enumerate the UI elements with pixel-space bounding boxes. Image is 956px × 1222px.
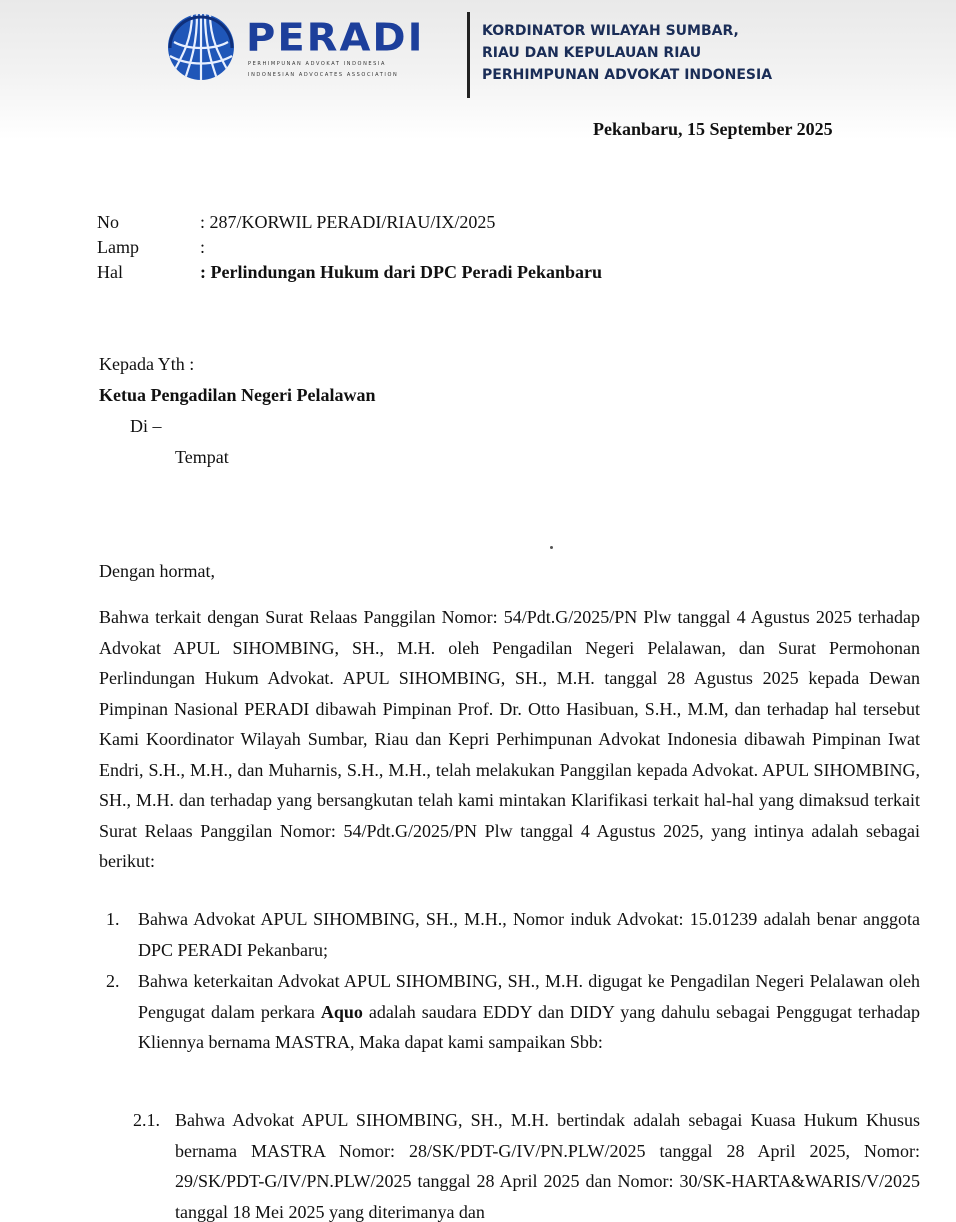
- recipient-block: Kepada Yth : Ketua Pengadilan Negeri Pel…: [99, 349, 375, 473]
- meta-attachment-value: :: [200, 235, 205, 260]
- peradi-emblem-icon: [166, 12, 236, 82]
- points-list: 1. Bahwa Advokat APUL SIHOMBING, SH., M.…: [106, 904, 920, 1058]
- letterhead-divider: [467, 12, 470, 98]
- list-item-text: Bahwa keterkaitan Advokat APUL SIHOMBING…: [138, 966, 920, 1058]
- meta-number-label: No: [97, 210, 200, 235]
- letter-date: Pekanbaru, 15 September 2025: [593, 119, 833, 140]
- list-item-number: 2.: [106, 966, 138, 1058]
- case-term-bold: Aquo: [321, 1002, 363, 1022]
- logo-subtitle-id: PERHIMPUNAN ADVOKAT INDONESIA: [248, 61, 386, 67]
- recipient-di: Di –: [99, 411, 375, 442]
- meta-number: No : 287/KORWIL PERADI/RIAU/IX/2025: [97, 210, 602, 235]
- letterhead: PERADI PERHIMPUNAN ADVOKAT INDONESIA IND…: [166, 12, 806, 102]
- salutation: Dengan hormat,: [99, 561, 215, 582]
- sub-list-item-text: Bahwa Advokat APUL SIHOMBING, SH., M.H. …: [175, 1105, 920, 1222]
- sub-list-item-number: 2.1.: [133, 1105, 175, 1222]
- list-item-text: Bahwa Advokat APUL SIHOMBING, SH., M.H.,…: [138, 904, 920, 965]
- meta-subject-label: Hal: [97, 260, 200, 285]
- scan-speck: [550, 546, 553, 549]
- org-line-2: RIAU DAN KEPULAUAN RIAU: [482, 42, 772, 64]
- meta-number-value: : 287/KORWIL PERADI/RIAU/IX/2025: [200, 210, 495, 235]
- meta-attachment: Lamp :: [97, 235, 602, 260]
- meta-subject-value: : Perlindungan Hukum dari DPC Peradi Pek…: [200, 260, 602, 285]
- recipient-place: Tempat: [99, 442, 375, 473]
- logo-subtitle-en: INDONESIAN ADVOCATES ASSOCIATION: [248, 72, 398, 78]
- meta-attachment-label: Lamp: [97, 235, 200, 260]
- list-item-number: 1.: [106, 904, 138, 965]
- sub-points-list: 2.1. Bahwa Advokat APUL SIHOMBING, SH., …: [133, 1105, 920, 1222]
- org-line-3: PERHIMPUNAN ADVOKAT INDONESIA: [482, 64, 772, 86]
- recipient-name: Ketua Pengadilan Negeri Pelalawan: [99, 380, 375, 411]
- logo-wordmark: PERADI: [246, 19, 424, 57]
- list-item: 2. Bahwa keterkaitan Advokat APUL SIHOMB…: [106, 966, 920, 1058]
- org-line-1: KORDINATOR WILAYAH SUMBAR,: [482, 20, 772, 42]
- letter-meta: No : 287/KORWIL PERADI/RIAU/IX/2025 Lamp…: [97, 210, 602, 285]
- sub-list-item: 2.1. Bahwa Advokat APUL SIHOMBING, SH., …: [133, 1105, 920, 1222]
- meta-subject: Hal : Perlindungan Hukum dari DPC Peradi…: [97, 260, 602, 285]
- list-item: 1. Bahwa Advokat APUL SIHOMBING, SH., M.…: [106, 904, 920, 965]
- organization-name: KORDINATOR WILAYAH SUMBAR, RIAU DAN KEPU…: [482, 20, 772, 86]
- recipient-greeting: Kepada Yth :: [99, 349, 375, 380]
- opening-paragraph: Bahwa terkait dengan Surat Relaas Panggi…: [99, 602, 920, 877]
